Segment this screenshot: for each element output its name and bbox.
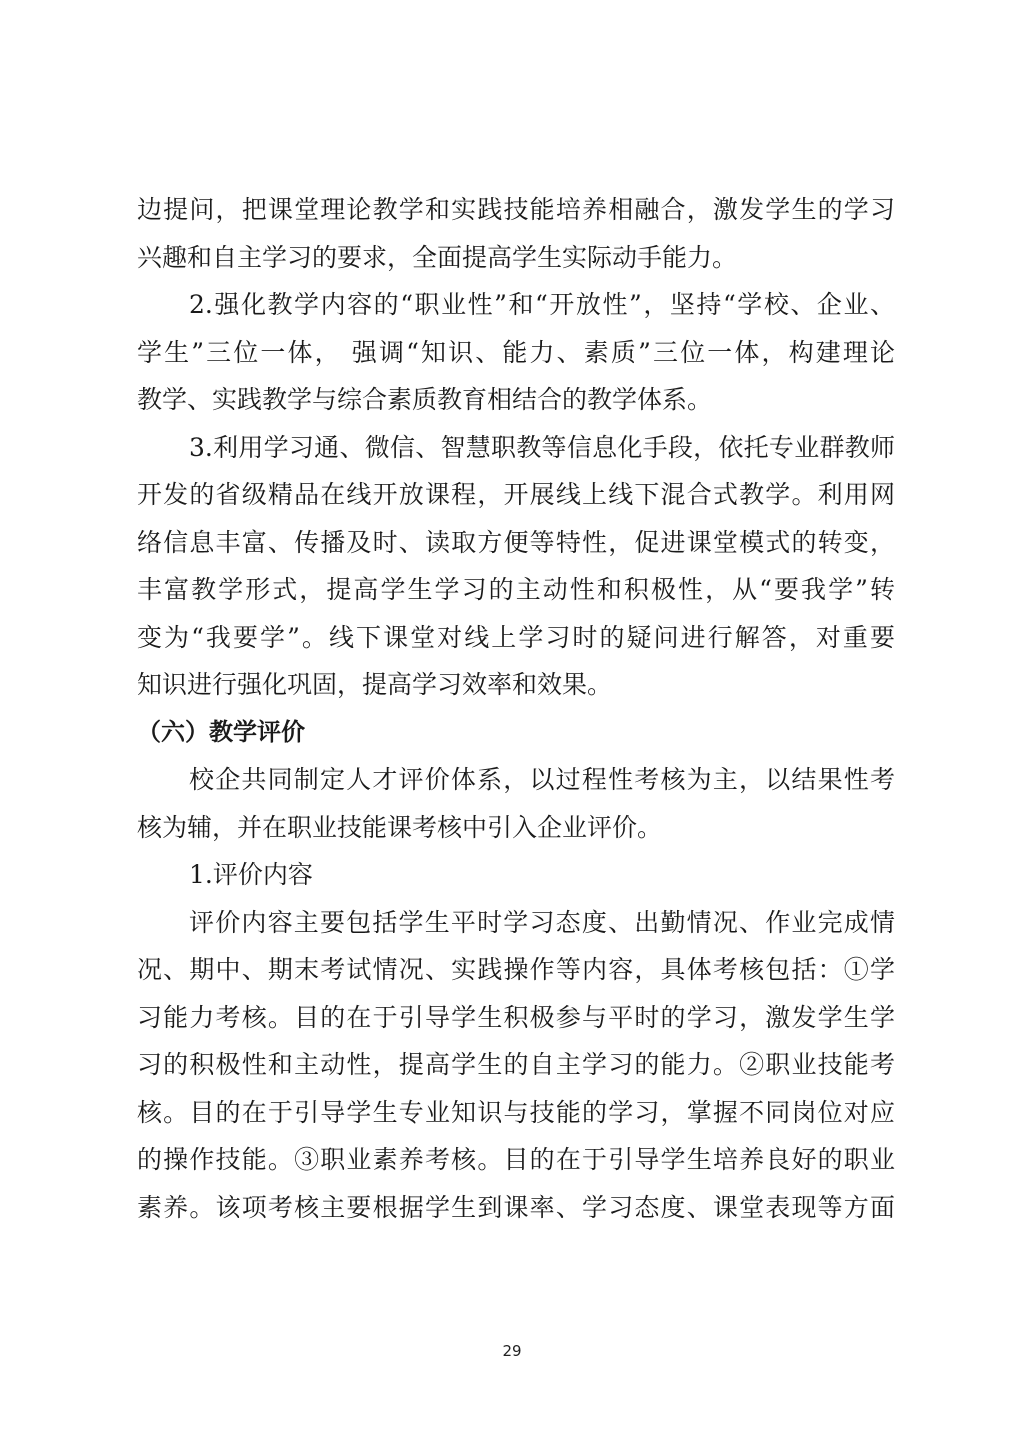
- document-page: 边提问，把课堂理论教学和实践技能培养相融合，激发学生的学习 兴趣和自主学习的要求…: [137, 186, 895, 1231]
- text-line: 3.利用学习通、微信、智慧职教等信息化手段，依托专业群教师: [137, 424, 895, 472]
- text-line: 学生”三位一体， 强调“知识、能力、素质”三位一体，构建理论: [137, 329, 895, 377]
- text-line: 核。目的在于引导学生专业知识与技能的学习，掌握不同岗位对应: [137, 1089, 895, 1137]
- text-line: 兴趣和自主学习的要求，全面提高学生实际动手能力。: [137, 234, 895, 282]
- text-line: 知识进行强化巩固，提高学习效率和效果。: [137, 661, 895, 709]
- text-line: 评价内容主要包括学生平时学习态度、出勤情况、作业完成情: [137, 899, 895, 947]
- text-line: 的操作技能。③职业素养考核。目的在于引导学生培养良好的职业: [137, 1136, 895, 1184]
- paragraph-continuation: 边提问，把课堂理论教学和实践技能培养相融合，激发学生的学习 兴趣和自主学习的要求…: [137, 186, 895, 281]
- text-line: 核为辅，并在职业技能课考核中引入企业评价。: [137, 804, 895, 852]
- text-line: 络信息丰富、传播及时、读取方便等特性，促进课堂模式的转变，: [137, 519, 895, 567]
- text-line: 校企共同制定人才评价体系，以过程性考核为主，以结果性考: [137, 756, 895, 804]
- text-line: 2.强化教学内容的“职业性”和“开放性”，坚持“学校、企业、: [137, 281, 895, 329]
- text-line: 变为“我要学”。线下课堂对线上学习时的疑问进行解答，对重要: [137, 614, 895, 662]
- subsection-heading: 1.评价内容: [137, 851, 895, 899]
- text-line: 习的积极性和主动性，提高学生的自主学习的能力。②职业技能考: [137, 1041, 895, 1089]
- page-number: 29: [0, 1342, 1024, 1360]
- paragraph-item-2: 2.强化教学内容的“职业性”和“开放性”，坚持“学校、企业、 学生”三位一体， …: [137, 281, 895, 424]
- paragraph-item-3: 3.利用学习通、微信、智慧职教等信息化手段，依托专业群教师 开发的省级精品在线开…: [137, 424, 895, 709]
- paragraph-body: 评价内容主要包括学生平时学习态度、出勤情况、作业完成情 况、期中、期末考试情况、…: [137, 899, 895, 1232]
- text-line: 习能力考核。目的在于引导学生积极参与平时的学习，激发学生学: [137, 994, 895, 1042]
- text-line: 况、期中、期末考试情况、实践操作等内容，具体考核包括：①学: [137, 946, 895, 994]
- paragraph-body: 校企共同制定人才评价体系，以过程性考核为主，以结果性考 核为辅，并在职业技能课考…: [137, 756, 895, 851]
- text-line: 开发的省级精品在线开放课程，开展线上线下混合式教学。利用网: [137, 471, 895, 519]
- section-heading: （六）教学评价: [137, 709, 895, 757]
- text-line: 素养。该项考核主要根据学生到课率、学习态度、课堂表现等方面: [137, 1184, 895, 1232]
- text-line: 教学、实践教学与综合素质教育相结合的教学体系。: [137, 376, 895, 424]
- text-line: 边提问，把课堂理论教学和实践技能培养相融合，激发学生的学习: [137, 186, 895, 234]
- text-line: 丰富教学形式，提高学生学习的主动性和积极性，从“要我学”转: [137, 566, 895, 614]
